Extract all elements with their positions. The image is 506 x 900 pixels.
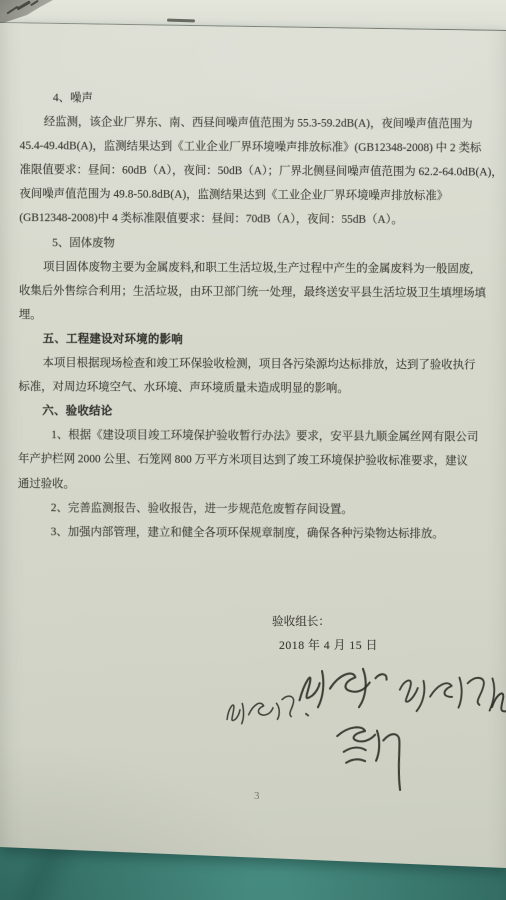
text-line: 项目固体废物主要为金属废料,和职工生活垃圾,生产过程中产生的金属废料为一般固废, xyxy=(19,255,497,282)
text-line: 夜间噪声值范围为 49.8-50.8dB(A)，监测结果达到《工业企业厂界环境噪… xyxy=(19,182,497,209)
acceptance-leader-label: 验收组长： xyxy=(272,613,330,629)
text-line: 45.4-49.4dB(A)，监测结果达到《工业企业厂界环境噪声排放标准》(GB… xyxy=(20,134,498,161)
document-body-text: 4、噪声经监测，该企业厂界东、南、西昼间噪声值范围为 55.3-59.2dB(A… xyxy=(18,86,498,546)
text-line: 1、根据《建设项目竣工环境保护验收暂行办法》要求，安平县九顺金属丝网有限公司 xyxy=(18,423,496,450)
text-line: 5、固体废物 xyxy=(19,231,497,258)
text-line: 3、加强内部管理，建立和健全各项环保规章制度，确保各种污染物达标排放。 xyxy=(18,520,496,547)
text-line: 收集后外售综合利用；生活垃圾，由环卫部门统一处理，最终送安平县生活垃圾卫生填埋场… xyxy=(19,279,497,306)
text-line: 2、完善监测报告、验收报告，进一步规范危废暂存间设置。 xyxy=(18,496,496,523)
handwritten-signature-5 xyxy=(325,718,413,801)
page-number: 3 xyxy=(254,790,260,802)
text-line: 埋。 xyxy=(19,303,497,330)
text-line: 经监测，该企业厂界东、南、西昼间噪声值范围为 55.3-59.2dB(A)，夜间… xyxy=(20,110,498,137)
document-page: 4、噪声经监测，该企业厂界东、南、西昼间噪声值范围为 55.3-59.2dB(A… xyxy=(0,0,506,900)
text-line: 五、工程建设对环境的影响 xyxy=(19,327,497,354)
handwritten-signature-4-partial xyxy=(489,681,506,721)
text-line: 标准，对周边环境空气、水环境、声环境质量未造成明显的影响。 xyxy=(18,375,496,402)
photographed-document-scene: 4、噪声经监测，该企业厂界东、南、西昼间噪声值范围为 55.3-59.2dB(A… xyxy=(0,0,506,900)
text-line: 4、噪声 xyxy=(20,86,498,113)
text-line: 本项目根据现场检查和竣工环保验收检测，项目各污染源均达标排放，达到了验收执行 xyxy=(18,351,496,378)
text-line: 通过验收。 xyxy=(18,471,496,498)
signoff-date: 2018 年 4 月 15 日 xyxy=(279,636,378,653)
handwritten-signature-3 xyxy=(395,668,502,720)
handwritten-signature-2 xyxy=(291,659,394,718)
page-shadow-wrap: 4、噪声经监测，该企业厂界东、南、西昼间噪声值范围为 55.3-59.2dB(A… xyxy=(0,0,506,900)
text-line: (GB12348-2008)中 4 类标准限值要求：昼间：70dB（A），夜间：… xyxy=(19,206,497,233)
text-line: 准限值要求：昼间：60dB（A），夜间：50dB（A）；厂界北侧昼间噪声值范围为… xyxy=(19,158,497,185)
text-line: 六、验收结论 xyxy=(18,399,496,426)
text-line: 年产护栏网 2000 公里、石笼网 800 万平方米项目达到了竣工环境保护验收标… xyxy=(18,447,496,474)
